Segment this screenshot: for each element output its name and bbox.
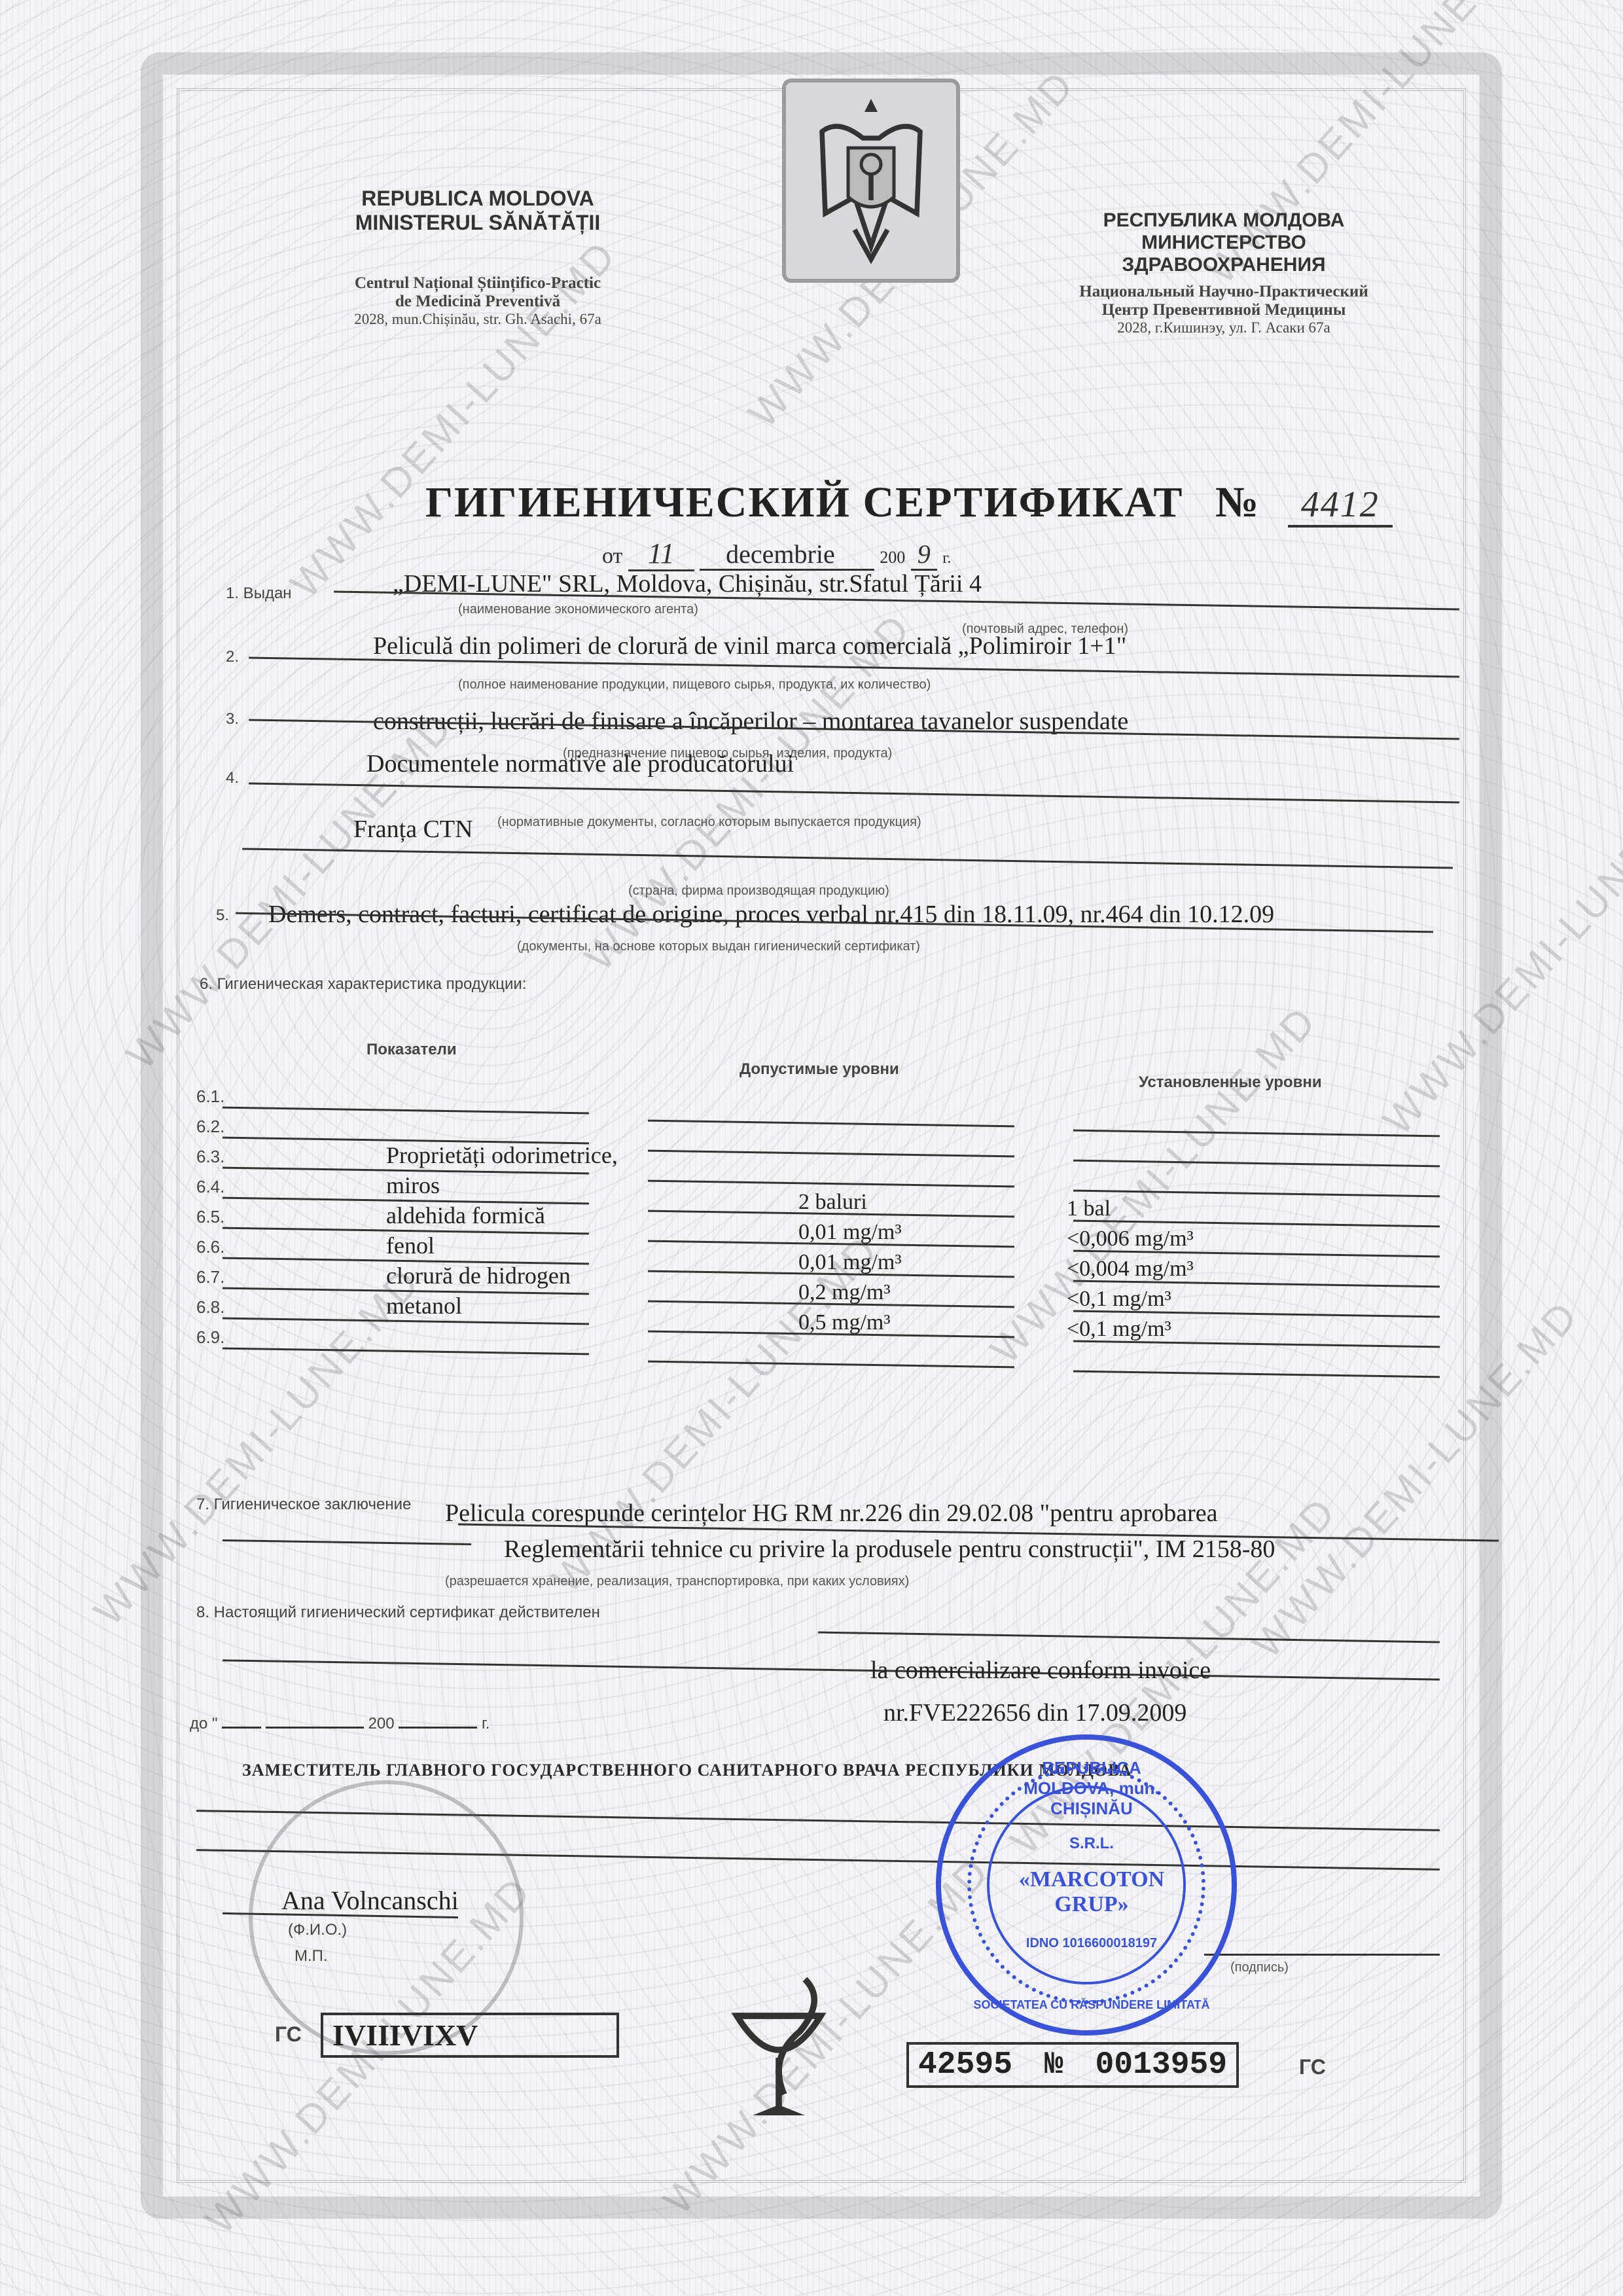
field-2-label: 2. — [226, 648, 239, 666]
row-number: 6.2. — [196, 1117, 224, 1137]
certificate-date: от 11 decembrie 200 9 г. — [602, 537, 951, 570]
stamp-idno: IDNO 1016600018197 — [1000, 1936, 1183, 1951]
valid-until-prefix: до " — [190, 1715, 218, 1732]
section-8-label: 8. Настоящий гигиенический сертификат де… — [196, 1604, 600, 1622]
serial-left: 42595 — [918, 2047, 1012, 2083]
signature-line — [1204, 1954, 1440, 1956]
ministry-ro: MINISTERUL SĂNĂTĂȚII — [281, 211, 674, 235]
certificate-title: ГИГИЕНИЧЕСКИЙ СЕРТИФИКАТ № 4412 — [425, 478, 1393, 528]
date-month: decembrie — [700, 539, 874, 571]
date-day: 11 — [628, 537, 694, 571]
column-header-indicators: Показатели — [366, 1041, 457, 1059]
valid-until-year: 200 — [368, 1715, 395, 1732]
field-4-label: 4. — [226, 769, 239, 787]
section-6-label: 6. Гигиеническая характеристика продукци… — [200, 975, 527, 994]
row-indicator: aldehida formică — [386, 1202, 545, 1229]
section-7-hint: (разрешается хранение, реализация, транс… — [445, 1574, 909, 1589]
row-established-level: <0,004 mg/m³ — [1067, 1257, 1194, 1282]
valid-until-suffix: г. — [482, 1715, 490, 1732]
field-4-hint: (нормативные документы, согласно которым… — [497, 815, 921, 830]
row-allowed-level: 0,01 mg/m³ — [798, 1250, 902, 1275]
field-1-label: 1. Выдан — [226, 584, 292, 603]
row-established-level: <0,1 mg/m³ — [1067, 1287, 1171, 1312]
field-3-label: 3. — [226, 710, 239, 728]
row-allowed-level: 0,2 mg/m³ — [798, 1280, 891, 1305]
field-1-hint-left: (наименование экономического агента) — [458, 602, 698, 617]
section-7-conclusion-line2: Reglementării tehnice cu privire la prod… — [504, 1535, 1275, 1564]
series-prefix: ГС — [275, 2022, 302, 2047]
row-number: 6.7. — [196, 1267, 224, 1287]
center-ro-line1: Centrul Național Științifico-Practic — [281, 274, 674, 293]
row-allowed-level: 0,01 mg/m³ — [798, 1220, 902, 1245]
row-indicator: metanol — [386, 1292, 462, 1319]
row-number: 6.5. — [196, 1207, 224, 1227]
stamp-center-name: «MARCOTON GRUP» — [1000, 1867, 1183, 1917]
field-5-documents: Demers, contract, facturi, certificat de… — [268, 900, 1274, 929]
row-number: 6.8. — [196, 1297, 224, 1318]
field-producer: Franța CTN — [353, 815, 473, 844]
stamp-bottom-text: SOCIETATEA CU RĂSPUNDERE LIMITATĂ — [967, 1998, 1216, 2012]
year-suffix: 9 — [911, 539, 937, 571]
coat-of-arms-moldova-icon — [782, 79, 960, 283]
valid-until: до " 200 г. — [190, 1715, 490, 1733]
country-ru: РЕСПУБЛИКА МОЛДОВА — [1001, 209, 1446, 232]
center-ru-line2: Центр Превентивной Медицины — [1001, 301, 1446, 319]
center-ru-line1: Национальный Научно-Практический — [1001, 283, 1446, 301]
field-5-label: 5. — [216, 906, 229, 925]
signatory-name: Ana Volncanschi — [281, 1885, 459, 1916]
field-2-product: Peliculă din polimeri de clorură de vini… — [373, 632, 1126, 660]
row-allowed-level: 2 baluri — [798, 1190, 867, 1215]
stamp-center-top: S.R.L. — [1039, 1835, 1144, 1853]
stamp-outer-text: REPUBLICA MOLDOVA, mun. CHIȘINĂU — [1000, 1758, 1183, 1819]
section-7-conclusion-line1: Pelicula corespunde cerințelor HG RM nr.… — [445, 1499, 1218, 1528]
serial-suffix: ГС — [1299, 2055, 1326, 2079]
address-ro: 2028, mun.Chișinău, str. Gh. Asachi, 67a — [281, 311, 674, 328]
row-indicator: clorură de hidrogen — [386, 1262, 571, 1289]
row-established-level: 1 bal — [1067, 1196, 1111, 1221]
row-number: 6.1. — [196, 1086, 224, 1107]
signature-hint: (подпись) — [1230, 1960, 1289, 1975]
certificate-serial: 42595 № 0013959 — [906, 2042, 1239, 2088]
column-header-established: Установленные уровни — [1139, 1073, 1322, 1092]
company-stamp: REPUBLICA MOLDOVA, mun. CHIȘINĂU S.R.L. … — [936, 1734, 1237, 2036]
column-header-allowed: Допустимые уровни — [740, 1060, 899, 1079]
title-text: ГИГИЕНИЧЕСКИЙ СЕРТИФИКАТ — [425, 478, 1183, 526]
row-indicator: miros — [386, 1172, 440, 1199]
center-ro-line2: de Medicină Preventivă — [281, 293, 674, 311]
ministry-ru-line2: ЗДРАВООХРАНЕНИЯ — [1001, 254, 1446, 276]
ministry-ru-line1: МИНИСТЕРСТВО — [1001, 232, 1446, 254]
series-code: IVIIIVIXV — [321, 2013, 619, 2058]
row-number: 6.3. — [196, 1147, 224, 1167]
date-prefix: от — [602, 544, 622, 568]
address-ru: 2028, г.Кишинэу, ул. Г. Асаки 67а — [1001, 319, 1446, 336]
field-5-hint: (документы, на основе которых выдан гиги… — [517, 939, 920, 954]
field-2-hint: (полное наименование продукции, пищевого… — [458, 677, 931, 692]
row-established-level: <0,006 mg/m³ — [1067, 1227, 1194, 1251]
row-number: 6.4. — [196, 1177, 224, 1197]
field-producer-hint: (страна, фирма производящая продукцию) — [628, 884, 889, 899]
section-8-validity-line1: la comercializare conform invoice — [870, 1656, 1211, 1685]
serial-sign: № — [1044, 2047, 1063, 2083]
row-indicator: Proprietăți odorimetrice, — [386, 1141, 618, 1169]
bowl-of-hygieia-icon — [726, 1957, 831, 2127]
number-sign: № — [1215, 478, 1260, 526]
certificate-number: 4412 — [1288, 484, 1393, 528]
serial-number: 0013959 — [1095, 2047, 1227, 2083]
year-abbr: г. — [942, 550, 951, 567]
seal-hint: М.П. — [294, 1947, 328, 1965]
year-prefix: 200 — [880, 548, 905, 567]
name-hint: (Ф.И.О.) — [288, 1921, 347, 1939]
section-7-label: 7. Гигиеническое заключение — [196, 1496, 411, 1514]
row-allowed-level: 0,5 mg/m³ — [798, 1310, 891, 1335]
row-indicator: fenol — [386, 1232, 435, 1259]
row-number: 6.6. — [196, 1237, 224, 1257]
header-right: РЕСПУБЛИКА МОЛДОВА МИНИСТЕРСТВО ЗДРАВООХ… — [1001, 209, 1446, 336]
row-number: 6.9. — [196, 1327, 224, 1348]
row-established-level: <0,1 mg/m³ — [1067, 1317, 1171, 1342]
section-8-validity-line2: nr.FVE222656 din 17.09.2009 — [883, 1698, 1186, 1727]
country-ro: REPUBLICA MOLDOVA — [281, 187, 674, 211]
header-left: REPUBLICA MOLDOVA MINISTERUL SĂNĂTĂȚII C… — [281, 187, 674, 328]
field-4-normative-docs: Documentele normative ale producătorului — [366, 749, 794, 778]
